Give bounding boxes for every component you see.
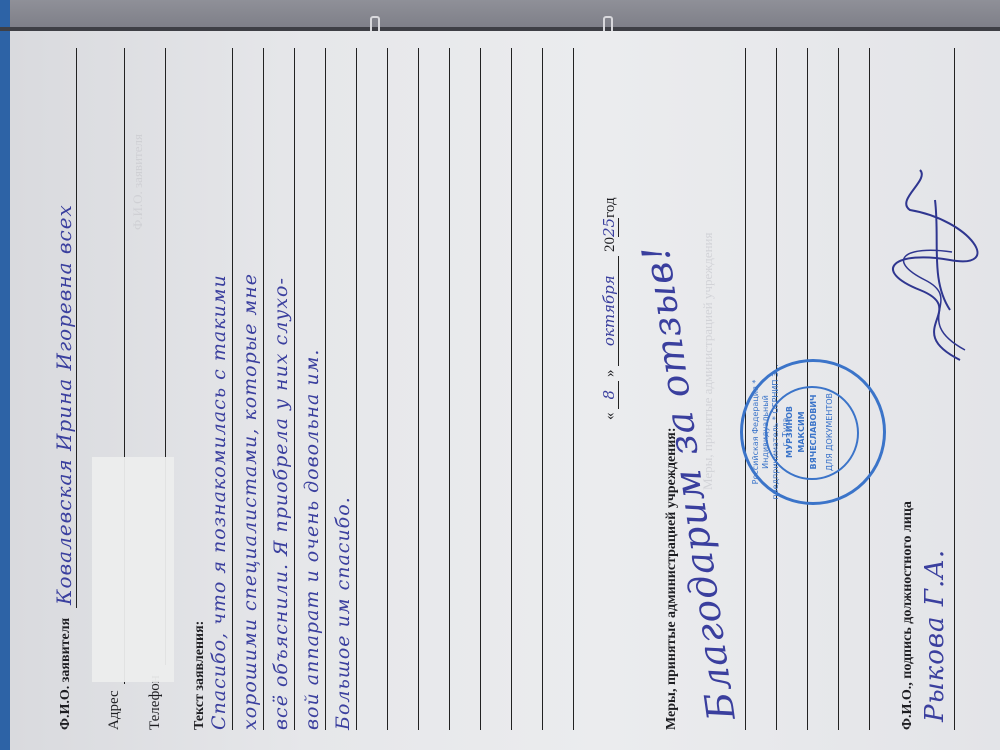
statement-line-4[interactable]: вой аппарат и очень довольна им. — [301, 349, 323, 730]
date-day[interactable]: 8 — [600, 381, 619, 409]
statement-line-3[interactable]: всё объяснили. Я приобрела у них слухо- — [270, 277, 292, 730]
applicant-name[interactable]: Ковалевская Ирина Игоревна всех — [52, 204, 76, 605]
writing-line — [294, 48, 295, 730]
stamp-name-3: ВЯЧЕСЛАВОВИЧ — [809, 362, 819, 502]
writing-line — [480, 48, 481, 730]
writing-line — [418, 48, 419, 730]
phone-label: Телефон — [147, 675, 164, 730]
address-label: Адрес — [106, 690, 123, 730]
statement-line-1[interactable]: Спасибо, что я познакомилась с такими — [208, 274, 230, 730]
date-year-suffix[interactable]: 25 — [600, 218, 619, 237]
redaction-sticker — [92, 457, 174, 682]
applicant-line — [76, 48, 77, 608]
stamp-bottom-text: ДЛЯ ДОКУМЕНТОВ — [825, 362, 835, 502]
writing-line — [325, 48, 326, 730]
writing-line — [356, 48, 357, 730]
date-year-prefix: 20 — [602, 237, 618, 252]
signature-icon — [890, 150, 980, 370]
stamp-name-2: МАКСИМ — [797, 362, 807, 502]
writing-line — [573, 48, 574, 730]
complaint-form: Ф.И.О. заявителя Меры, принятые админист… — [10, 31, 1000, 750]
writing-line — [511, 48, 512, 730]
show-through-text: Ф.И.О. заявителя — [130, 134, 146, 230]
writing-line — [745, 48, 746, 730]
official-label: Ф.И.О., подпись должностного лица — [900, 501, 916, 730]
official-name[interactable]: Рыкова Г.А. — [920, 549, 950, 722]
measures-text[interactable]: Благодарим за отзыв! — [633, 242, 743, 723]
official-stamp: Российская Федерация * Индивидуальный пр… — [740, 359, 886, 505]
writing-line — [263, 48, 264, 730]
writing-line — [232, 48, 233, 730]
statement-line-2[interactable]: хорошими специалистами, которые мне — [239, 273, 261, 730]
date-close-quote: » — [602, 370, 618, 378]
background-desk — [0, 0, 10, 750]
statement-label: Текст заявления: — [192, 621, 208, 730]
applicant-label: Ф.И.О. заявителя — [58, 618, 74, 730]
date-field: « 8 » октября 2025год — [600, 197, 619, 420]
date-month[interactable]: октября — [600, 256, 619, 366]
statement-line-5[interactable]: Большое им спасибо. — [332, 496, 354, 730]
writing-line — [542, 48, 543, 730]
document-page: Ф.И.О. заявителя Меры, принятые админист… — [10, 31, 1000, 750]
date-year-word: год — [602, 197, 618, 217]
background-surface — [0, 0, 1000, 30]
date-open-quote: « — [602, 413, 618, 421]
writing-line — [449, 48, 450, 730]
writing-line — [387, 48, 388, 730]
stamp-name-1: МУРЗИНОВ — [785, 362, 795, 502]
